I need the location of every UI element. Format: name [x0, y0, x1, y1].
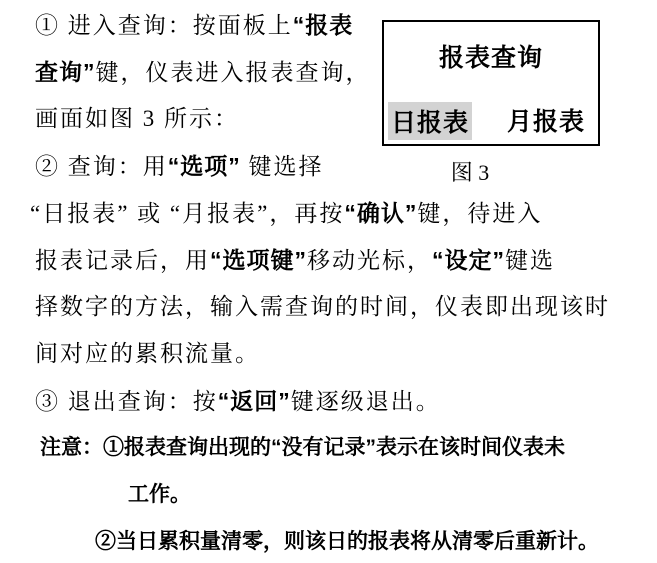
text-segment: 工作。	[128, 483, 191, 506]
text-segment: 择数字的方法，输入需查询的时间，仪表即出现该时	[35, 294, 610, 319]
text-segment-bold: 查询”	[35, 59, 96, 85]
text-segment-bold: “选项”	[168, 153, 241, 179]
text-segment: 画面如图 3 所示：	[35, 106, 239, 131]
text-segment: 键，仪表进入报表查询，	[96, 60, 371, 85]
manual-page: ① 进入查询：按面板上“报表 查询”键，仪表进入报表查询， 画面如图 3 所示：…	[0, 0, 657, 563]
text-segment-bold: “设定”	[432, 247, 505, 273]
text-segment-bold: “确认”	[344, 200, 417, 226]
text-segment: 报表记录后，用	[35, 248, 210, 273]
text-line: 查询”键，仪表进入报表查询，	[35, 58, 371, 87]
text-segment: ② 查询：用	[35, 154, 168, 179]
note-line: 注意：①报表查询出现的“没有记录”表示在该时间仪表未	[40, 434, 565, 462]
text-segment-bold: “选项键”	[210, 247, 307, 273]
note-line: 工作。	[128, 481, 191, 509]
text-line: 报表记录后，用“选项键”移动光标，“设定”键选	[35, 246, 555, 275]
text-segment: 移动光标，	[307, 248, 432, 273]
text-segment: “日报表” 或 “月报表”，再按	[30, 201, 344, 226]
text-segment: ① 进入查询：按面板上	[35, 13, 293, 38]
text-line: 画面如图 3 所示：	[35, 105, 239, 133]
text-segment: ③ 退出查询：按	[35, 389, 218, 414]
text-segment: 键选择	[241, 154, 324, 179]
text-line: 择数字的方法，输入需查询的时间，仪表即出现该时	[35, 293, 610, 321]
text-line: ① 进入查询：按面板上“报表	[35, 11, 353, 40]
monthly-report-option: 月报表	[507, 102, 585, 140]
text-line: “日报表” 或 “月报表”，再按“确认”键，待进入	[30, 199, 542, 228]
text-line: ③ 退出查询：按“返回”键逐级退出。	[35, 387, 441, 416]
figure-screen-title: 报表查询	[384, 38, 598, 74]
text-segment-bold: “返回”	[218, 388, 291, 414]
text-line: ② 查询：用“选项” 键选择	[35, 152, 324, 181]
text-segment: 注意：①报表查询出现的“没有记录”表示在该时间仪表未	[40, 436, 565, 459]
text-segment: 键逐级退出。	[291, 389, 441, 414]
text-segment: 键，待进入	[417, 201, 542, 226]
note-line: ②当日累积量清零，则该日的报表将从清零后重新计。	[95, 528, 599, 556]
text-line: 间对应的累积流量。	[35, 340, 260, 368]
text-segment: 键选	[505, 248, 555, 273]
figure-options-row: 日报表 月报表	[384, 102, 598, 140]
figure-caption: 图 3	[382, 156, 558, 187]
text-segment-bold: “报表	[293, 12, 354, 38]
text-segment: ②当日累积量清零，则该日的报表将从清零后重新计。	[95, 530, 599, 553]
daily-report-option: 日报表	[388, 102, 472, 140]
figure3-screen: 报表查询 日报表 月报表	[382, 20, 600, 146]
text-segment: 间对应的累积流量。	[35, 341, 260, 366]
